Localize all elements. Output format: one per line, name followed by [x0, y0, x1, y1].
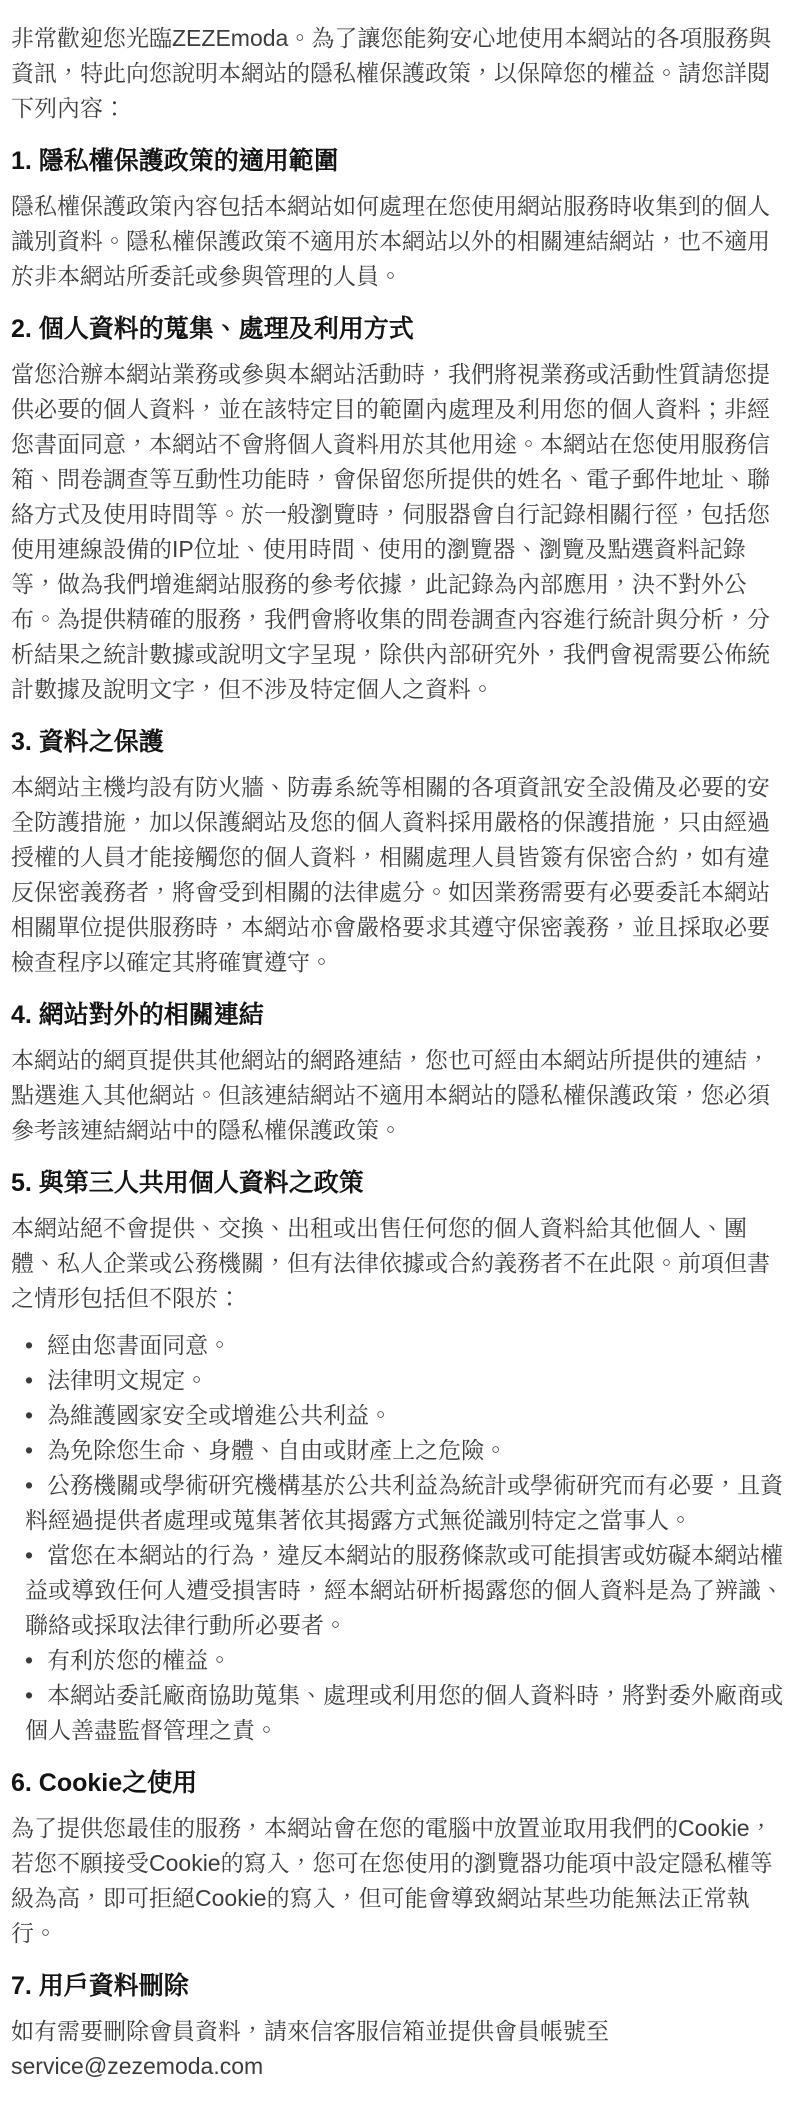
policy-section-account-deletion: 7. 用戶資料刪除 如有需要刪除會員資料，請來信客服信箱並提供會員帳號至 ser…	[11, 1971, 789, 2084]
policy-list-item: 本網站委託廠商協助蒐集、處理或利用您的個人資料時，將對委外廠商或個人善盡監督管理…	[25, 1678, 789, 1748]
policy-paragraph: 當您洽辦本網站業務或參與本網站活動時，我們將視業務或活動性質請您提供必要的個人資…	[11, 357, 789, 707]
section-heading: 3. 資料之保護	[11, 727, 789, 758]
policy-list-item: 法律明文規定。	[25, 1363, 789, 1398]
policy-section-scope: 1. 隱私權保護政策的適用範圍 隱私權保護政策內容包括本網站如何處理在您使用網站…	[11, 146, 789, 294]
section-heading: 1. 隱私權保護政策的適用範圍	[11, 146, 789, 177]
policy-list-item: 經由您書面同意。	[25, 1328, 789, 1363]
section-heading: 5. 與第三人共用個人資料之政策	[11, 1168, 789, 1199]
policy-list-item: 為維護國家安全或增進公共利益。	[25, 1398, 789, 1433]
policy-list-item: 公務機關或學術研究機構基於公共利益為統計或學術研究而有必要，且資料經過提供者處理…	[25, 1468, 789, 1538]
policy-section-data-protection: 3. 資料之保護 本網站主機均設有防火牆、防毒系統等相關的各項資訊安全設備及必要…	[11, 727, 789, 980]
policy-section-cookies: 6. Cookie之使用 為了提供您最佳的服務，本網站會在您的電腦中放置並取用我…	[11, 1768, 789, 1951]
policy-list-item: 當您在本網站的行為，違反本網站的服務條款或可能損害或妨礙本網站權益或導致任何人遭…	[25, 1538, 789, 1643]
policy-section-collection: 2. 個人資料的蒐集、處理及利用方式 當您洽辦本網站業務或參與本網站活動時，我們…	[11, 314, 789, 707]
policy-paragraph: 如有需要刪除會員資料，請來信客服信箱並提供會員帳號至 service@zezem…	[11, 2014, 789, 2084]
section-heading: 6. Cookie之使用	[11, 1768, 789, 1799]
policy-paragraph: 隱私權保護政策內容包括本網站如何處理在您使用網站服務時收集到的個人識別資料。隱私…	[11, 189, 789, 294]
policy-section-third-party: 5. 與第三人共用個人資料之政策 本網站絕不會提供、交換、出租或出售任何您的個人…	[11, 1168, 789, 1748]
policy-paragraph: 為了提供您最佳的服務，本網站會在您的電腦中放置並取用我們的Cookie，若您不願…	[11, 1811, 789, 1951]
section-heading: 7. 用戶資料刪除	[11, 1971, 789, 2002]
policy-paragraph: 本網站絕不會提供、交換、出租或出售任何您的個人資料給其他個人、團體、私人企業或公…	[11, 1211, 789, 1316]
section-heading: 4. 網站對外的相關連結	[11, 1000, 789, 1031]
support-email: service@zezemoda.com	[11, 2053, 263, 2079]
intro-paragraph: 非常歡迎您光臨ZEZEmoda。為了讓您能夠安心地使用本網站的各項服務與資訊，特…	[11, 21, 789, 126]
policy-section-external-links: 4. 網站對外的相關連結 本網站的網頁提供其他網站的網路連結，您也可經由本網站所…	[11, 1000, 789, 1148]
privacy-policy-page: 非常歡迎您光臨ZEZEmoda。為了讓您能夠安心地使用本網站的各項服務與資訊，特…	[0, 0, 800, 2109]
policy-paragraph: 本網站的網頁提供其他網站的網路連結，您也可經由本網站所提供的連結，點選進入其他網…	[11, 1043, 789, 1148]
policy-list-item: 有利於您的權益。	[25, 1643, 789, 1678]
policy-paragraph-text: 如有需要刪除會員資料，請來信客服信箱並提供會員帳號至	[11, 2018, 609, 2044]
third-party-exceptions-list: 經由您書面同意。 法律明文規定。 為維護國家安全或增進公共利益。 為免除您生命、…	[11, 1328, 789, 1748]
policy-paragraph: 本網站主機均設有防火牆、防毒系統等相關的各項資訊安全設備及必要的安全防護措施，加…	[11, 770, 789, 980]
policy-list-item: 為免除您生命、身體、自由或財產上之危險。	[25, 1433, 789, 1468]
section-heading: 2. 個人資料的蒐集、處理及利用方式	[11, 314, 789, 345]
